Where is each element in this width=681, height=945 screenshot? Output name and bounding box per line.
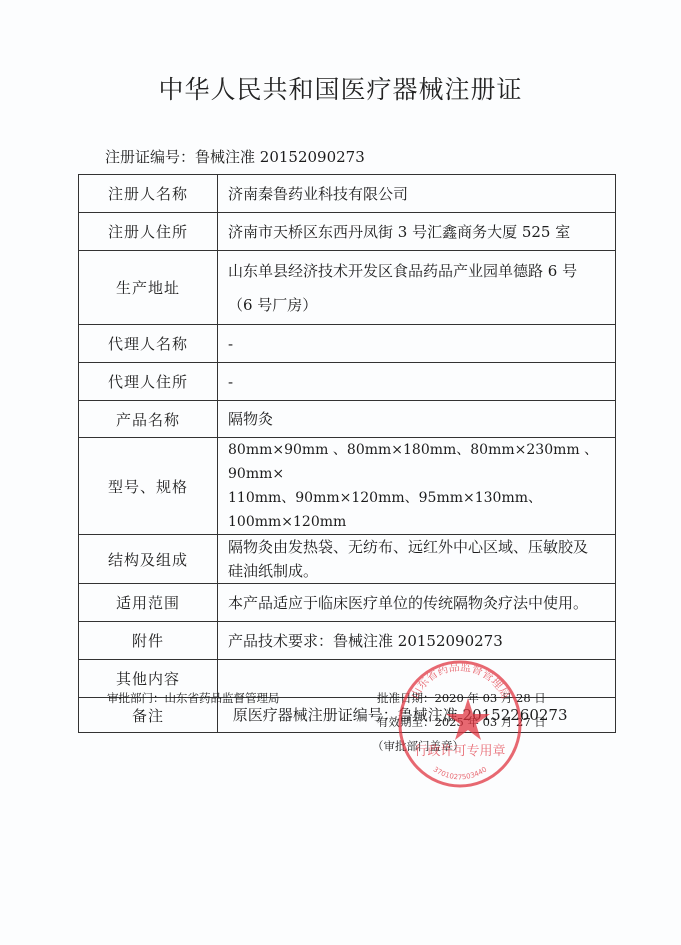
svg-text:3701027503440: 3701027503440 (432, 765, 489, 781)
table-row-registrant-address: 注册人住所 济南市天桥区东西丹凤街 3 号汇鑫商务大厦 525 室 (79, 213, 616, 251)
table-row-production-address: 生产地址 山东单县经济技术开发区食品药品产业园单德路 6 号 （6 号厂房） (79, 251, 616, 325)
row-value: 隔物灸由发热袋、无纺布、远红外中心区域、压敏胶及 硅油纸制成。 (218, 535, 616, 584)
row-label: 附件 (79, 622, 218, 660)
row-value: 80mm×90mm 、80mm×180mm、80mm×230mm 、90mm× … (218, 438, 616, 535)
row-label: 生产地址 (79, 251, 218, 325)
table-row-model-spec: 型号、规格 80mm×90mm 、80mm×180mm、80mm×230mm 、… (79, 438, 616, 535)
row-label: 型号、规格 (79, 438, 218, 535)
row-label: 代理人名称 (79, 325, 218, 363)
row-value: 产品技术要求：鲁械注准 20152090273 (218, 622, 616, 660)
row-value: 山东单县经济技术开发区食品药品产业园单德路 6 号 （6 号厂房） (218, 251, 616, 325)
table-row-product-name: 产品名称 隔物灸 (79, 401, 616, 438)
row-value: 济南秦鲁药业科技有限公司 (218, 175, 616, 213)
stamp-code: 3701027503440 (432, 765, 489, 781)
table-row-agent-address: 代理人住所 - (79, 363, 616, 401)
table-row-scope: 适用范围 本产品适应于临床医疗单位的传统隔物灸疗法中使用。 (79, 584, 616, 622)
row-value: - (218, 325, 616, 363)
value-line-2: 硅油纸制成。 (228, 559, 615, 583)
approval-date: 批准日期：2020 年 03 月 28 日 (377, 690, 546, 706)
row-value: 隔物灸 (218, 401, 616, 438)
row-label: 适用范围 (79, 584, 218, 622)
value-line-1: 隔物灸由发热袋、无纺布、远红外中心区域、压敏胶及 (228, 535, 615, 559)
approval-department: 审批部门：山东省药品监督管理局 (107, 690, 280, 706)
table-row-attachment: 附件 产品技术要求：鲁械注准 20152090273 (79, 622, 616, 660)
row-value: 济南市天桥区东西丹凤街 3 号汇鑫商务大厦 525 室 (218, 213, 616, 251)
table-row-structure: 结构及组成 隔物灸由发热袋、无纺布、远红外中心区域、压敏胶及 硅油纸制成。 (79, 535, 616, 584)
seal-note: （审批部门盖章） (372, 738, 464, 754)
row-value: - (218, 363, 616, 401)
valid-until: 有效期至：2025 年 03 月 27 日 (377, 714, 546, 730)
registration-table: 注册人名称 济南秦鲁药业科技有限公司 注册人住所 济南市天桥区东西丹凤街 3 号… (78, 174, 616, 733)
row-label: 产品名称 (79, 401, 218, 438)
cert-number-value: 鲁械注准 20152090273 (195, 148, 365, 166)
value-line-2: 110mm、90mm×120mm、95mm×130mm、100mm×120mm (228, 486, 615, 534)
cert-number-line: 注册证编号：鲁械注准 20152090273 (105, 146, 365, 167)
value-line-2: （6 号厂房） (228, 288, 615, 322)
table-row-registrant-name: 注册人名称 济南秦鲁药业科技有限公司 (79, 175, 616, 213)
cert-number-label: 注册证编号： (105, 148, 195, 166)
row-label: 代理人住所 (79, 363, 218, 401)
value-line-1: 山东单县经济技术开发区食品药品产业园单德路 6 号 (228, 254, 615, 288)
row-value: 本产品适应于临床医疗单位的传统隔物灸疗法中使用。 (218, 584, 616, 622)
row-label: 注册人住所 (79, 213, 218, 251)
row-label: 结构及组成 (79, 535, 218, 584)
document-title: 中华人民共和国医疗器械注册证 (0, 70, 681, 106)
value-line-1: 80mm×90mm 、80mm×180mm、80mm×230mm 、90mm× (228, 438, 615, 486)
table-row-agent-name: 代理人名称 - (79, 325, 616, 363)
row-label: 注册人名称 (79, 175, 218, 213)
